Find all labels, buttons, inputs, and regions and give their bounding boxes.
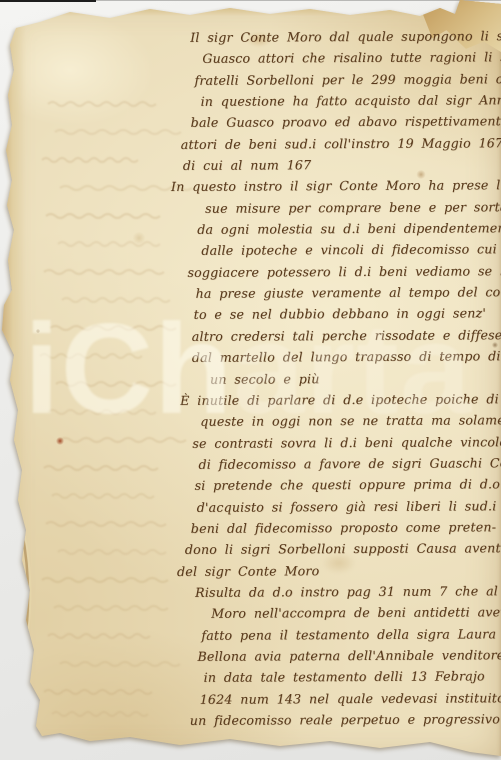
manuscript-line: soggiacere potessero li d.i beni vediamo… (187, 260, 501, 283)
manuscript-line: attori de beni sud.i coll'instro 19 Magg… (181, 132, 501, 155)
foxing-stain (132, 232, 146, 244)
manuscript-line: dal martello del lungo trapasso di tempo… (192, 345, 501, 368)
manuscript-line: to e se nel dubbio debbano in oggi senz' (194, 303, 501, 326)
paper-bottom-deckle-edge (0, 736, 501, 760)
manuscript-text-block: Il sigr Conte Moro dal quale supongono l… (168, 25, 501, 731)
manuscript-line: Il sigr Conte Moro dal quale supongono l… (190, 25, 501, 48)
manuscript-line: È inutile di parlare di d.e ipoteche poi… (180, 388, 501, 411)
scan-background: Il sigr Conte Moro dal quale supongono l… (0, 0, 501, 760)
manuscript-line: in questione ha fatto acquisto dal sigr … (200, 89, 501, 112)
manuscript-line: un secolo e più (210, 367, 501, 390)
manuscript-page: Il sigr Conte Moro dal quale supongono l… (0, 0, 501, 760)
manuscript-line: si pretende che questi oppure prima di d… (195, 473, 501, 496)
manuscript-line: d'acquisto si fossero già resi liberi li… (197, 495, 501, 518)
manuscript-line: fatto pena il testamento della sigra Lau… (201, 623, 501, 646)
manuscript-line: Risulta da d.o instro pag 31 num 7 che a… (195, 580, 501, 603)
manuscript-line: di cui al num 167 (183, 153, 501, 176)
manuscript-line: in data tale testamento delli 13 Febrajo (204, 665, 501, 688)
manuscript-line: se contrasti sovra li d.i beni qualche v… (192, 431, 501, 454)
manuscript-line: Guasco attori che risalino tutte ragioni… (202, 46, 501, 69)
manuscript-line: queste in oggi non se ne tratta ma solam… (200, 409, 501, 432)
manuscript-line: Bellona avia paterna dell'Annibale vendi… (197, 644, 501, 667)
manuscript-line: un fidecomisso reale perpetuo e progress… (190, 708, 501, 731)
manuscript-line: fratelli Sorbelloni per le 299 moggia be… (194, 68, 501, 91)
manuscript-line: beni dal fidecomisso proposto come prete… (191, 516, 501, 539)
manuscript-line: dono li sigri Sorbelloni supposti Causa … (185, 537, 501, 560)
rust-stain (56, 437, 64, 445)
manuscript-line: altro credersi tali perche rissodate e d… (192, 324, 501, 347)
manuscript-line: da ogni molestia su d.i beni dipendentem… (197, 217, 501, 240)
manuscript-line: dalle ipoteche e vincoli di fidecomisso … (201, 239, 501, 262)
manuscript-line: di fidecomisso a favore de sigri Guaschi… (198, 452, 501, 475)
manuscript-line: 1624 num 143 nel quale vedevasi institui… (200, 687, 501, 710)
paper-shadow-wrap: Il sigr Conte Moro dal quale supongono l… (0, 0, 501, 760)
manuscript-line: In questo instro il sigr Conte Moro ha p… (171, 175, 501, 198)
manuscript-line: del sigr Conte Moro (177, 559, 501, 582)
manuscript-line: ha prese giuste veramente al tempo del c… (195, 281, 501, 304)
manuscript-line: sue misure per comprare bene e per sorta… (205, 196, 501, 219)
manuscript-line: Moro nell'accompra de beni antidetti ave… (211, 601, 501, 624)
paper-left-torn-edge (0, 0, 26, 760)
manuscript-line: bale Guasco proavo ed abavo rispettivame… (191, 110, 501, 133)
